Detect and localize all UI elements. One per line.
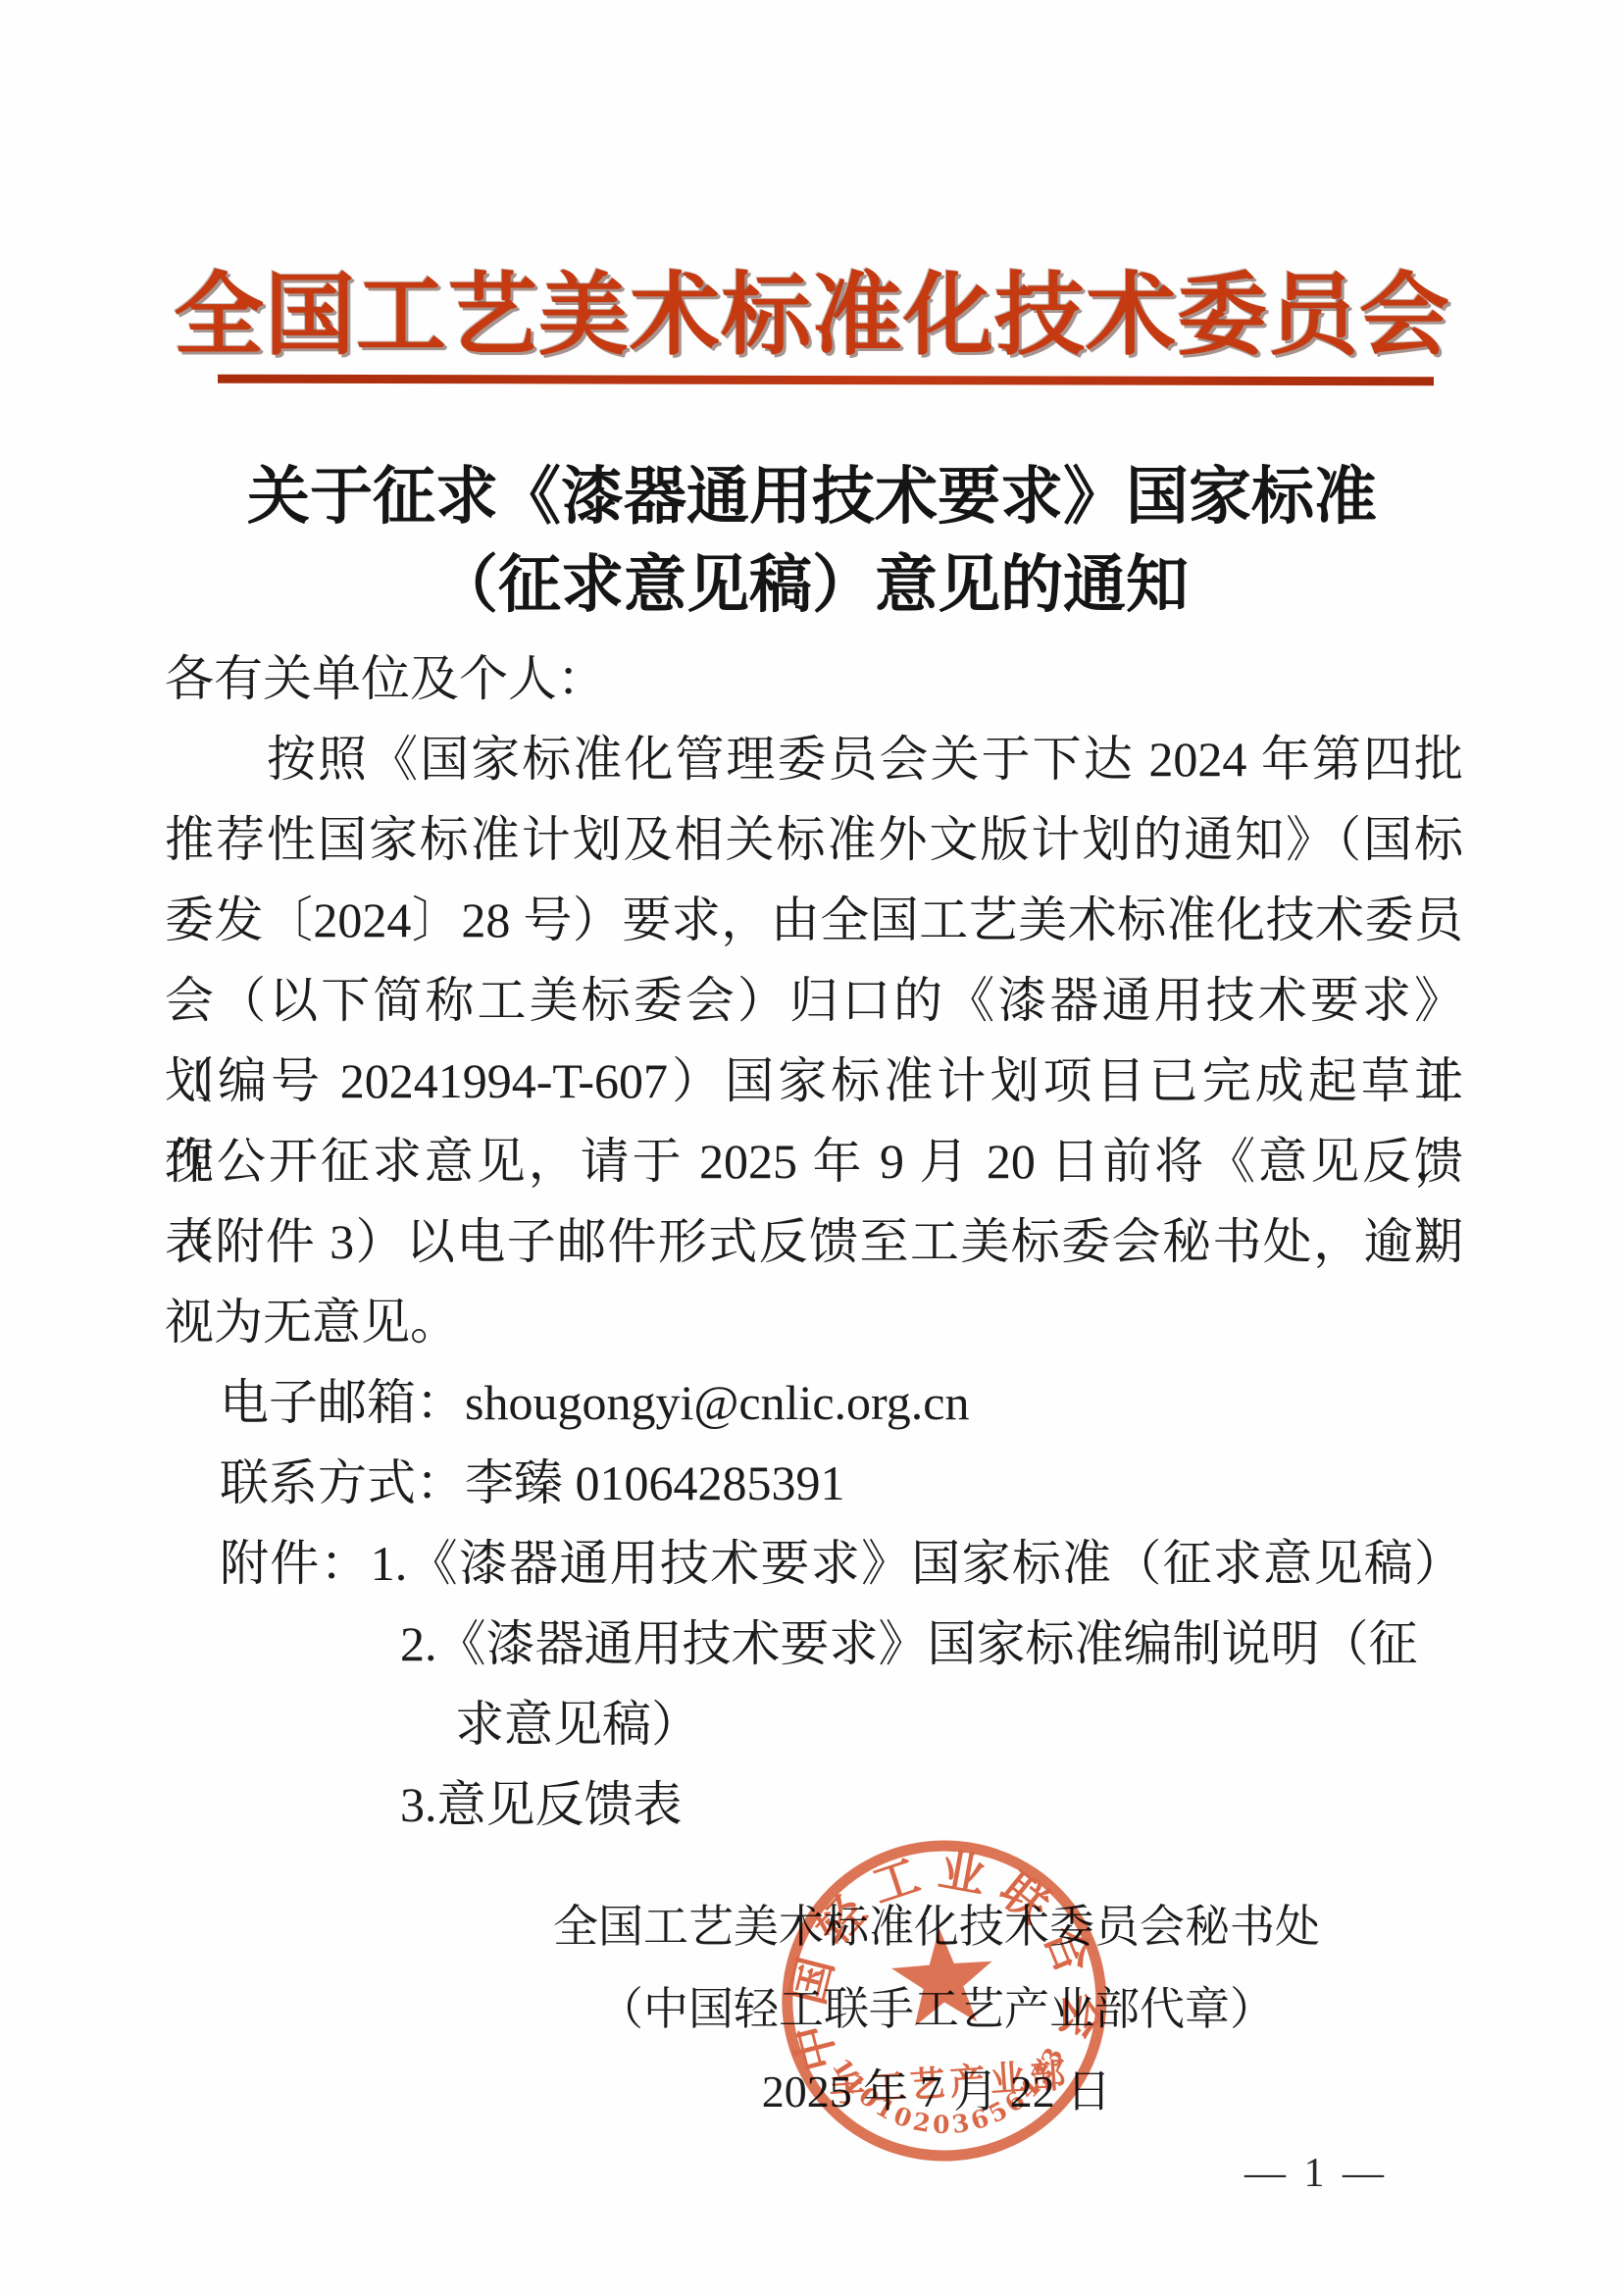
masthead-title: 全国工艺美术标准化技术委员会 xyxy=(0,243,1624,373)
document-title-line1: 关于征求《漆器通用技术要求》国家标准 xyxy=(0,453,1624,541)
body-line-contact: 联系方式：李臻 01064285391 xyxy=(165,1443,1463,1523)
body-line: 会（以下简称工美标委会）归口的《漆器通用技术要求》（计 xyxy=(165,960,1463,1041)
document-title-line2: （征求意见稿）意见的通知 xyxy=(0,541,1624,630)
official-seal-svg: 中国轻工业联合会 手工艺产业部 11010203656423 xyxy=(765,1820,1123,2184)
body-line: 视为无意见。 xyxy=(165,1282,1463,1362)
body-line-salutation: 各有关单位及个人： xyxy=(165,638,1463,719)
page-number: — 1 — xyxy=(1218,2150,1414,2197)
notice-body: 各有关单位及个人： 按照《国家标准化管理委员会关于下达 2024 年第四批 推荐… xyxy=(165,638,1463,1845)
official-seal-stamp: 中国轻工业联合会 手工艺产业部 11010203656423 xyxy=(765,1820,1123,2184)
body-line: （附件 3）以电子邮件形式反馈至工美标委会秘书处，逾期 xyxy=(165,1201,1463,1282)
masthead-divider-rule xyxy=(218,375,1434,386)
body-line: 按照《国家标准化管理委员会关于下达 2024 年第四批 xyxy=(165,719,1463,799)
body-line: 划编号 20241994-T-607）国家标准计划项目已完成起草工作， xyxy=(165,1041,1463,1121)
document-title: 关于征求《漆器通用技术要求》国家标准 （征求意见稿）意见的通知 xyxy=(0,453,1624,630)
body-line-attachment-3: 3.意见反馈表 xyxy=(165,1764,1463,1845)
body-line: 推荐性国家标准计划及相关标准外文版计划的通知》（国标 xyxy=(165,799,1463,880)
body-line-attachment-2-cont: 求意见稿） xyxy=(165,1684,1463,1764)
scanned-notice-document: 全国工艺美术标准化技术委员会 关于征求《漆器通用技术要求》国家标准 （征求意见稿… xyxy=(0,0,1624,2294)
body-line-attachment-2: 2.《漆器通用技术要求》国家标准编制说明（征 xyxy=(165,1604,1463,1684)
body-line: 委发〔2024〕28 号）要求，由全国工艺美术标准化技术委员 xyxy=(165,880,1463,960)
body-line: 现公开征求意见，请于 2025 年 9 月 20 日前将《意见反馈表》 xyxy=(165,1121,1463,1201)
body-line-email: 电子邮箱：shougongyi@cnlic.org.cn xyxy=(165,1362,1463,1443)
star-icon xyxy=(888,1925,995,2028)
body-line-attachment-1: 附件：1.《漆器通用技术要求》国家标准（征求意见稿） xyxy=(165,1523,1463,1604)
